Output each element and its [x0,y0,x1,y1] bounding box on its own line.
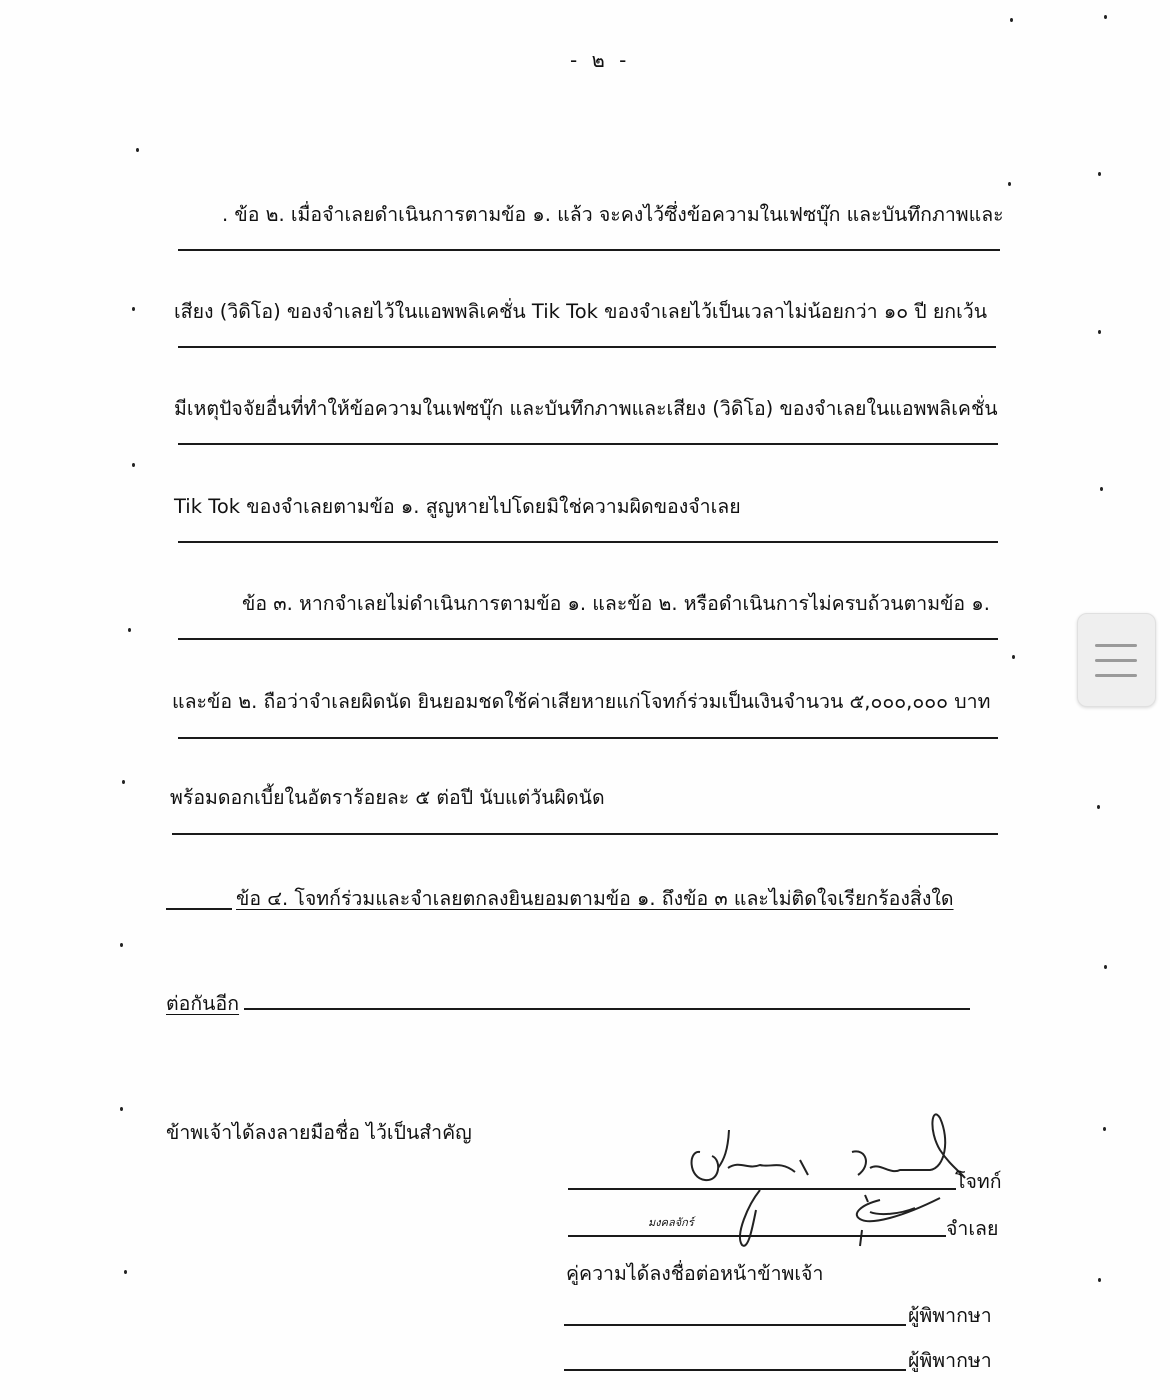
scan-speck [1010,18,1013,22]
witness-statement: คู่ความได้ลงชื่อต่อหน้าข้าพเจ้า [566,1258,823,1289]
scan-speck [128,628,131,632]
judge-signature-line-1 [564,1324,906,1326]
scan-speck [1104,15,1107,19]
scan-speck [136,148,139,152]
judge-label-2: ผู้พิพากษา [908,1345,992,1376]
judge-signature-line-2 [564,1369,906,1371]
document-menu-button[interactable] [1077,613,1156,707]
scan-speck [132,307,135,311]
scan-speck [1098,1278,1101,1282]
scan-speck [1008,182,1011,186]
scan-speck [124,1270,127,1274]
scan-speck [1100,487,1103,491]
scan-speck [122,780,125,784]
judge-label-1: ผู้พิพากษา [908,1300,992,1331]
scan-speck [120,943,123,947]
scan-speck [1104,965,1107,969]
scan-speck [120,1107,123,1111]
defendant-signature-line [568,1235,946,1237]
scan-speck [1103,1127,1106,1131]
defendant-handwritten-note: มงคลจักร์ [648,1213,694,1231]
defendant-label: จำเลย [946,1213,998,1244]
plaintiff-signature-line [568,1188,956,1190]
document-page: - ๒ - . ข้อ ๒. เมื่อจำเลยดำเนินการตามข้อ… [0,0,1170,1400]
plaintiff-label: โจทก์ [955,1166,1002,1197]
scan-speck [1012,655,1015,659]
scan-speck [1097,805,1100,809]
scan-speck [132,463,135,467]
scan-speck [1098,172,1101,176]
scan-speck [1098,330,1101,334]
